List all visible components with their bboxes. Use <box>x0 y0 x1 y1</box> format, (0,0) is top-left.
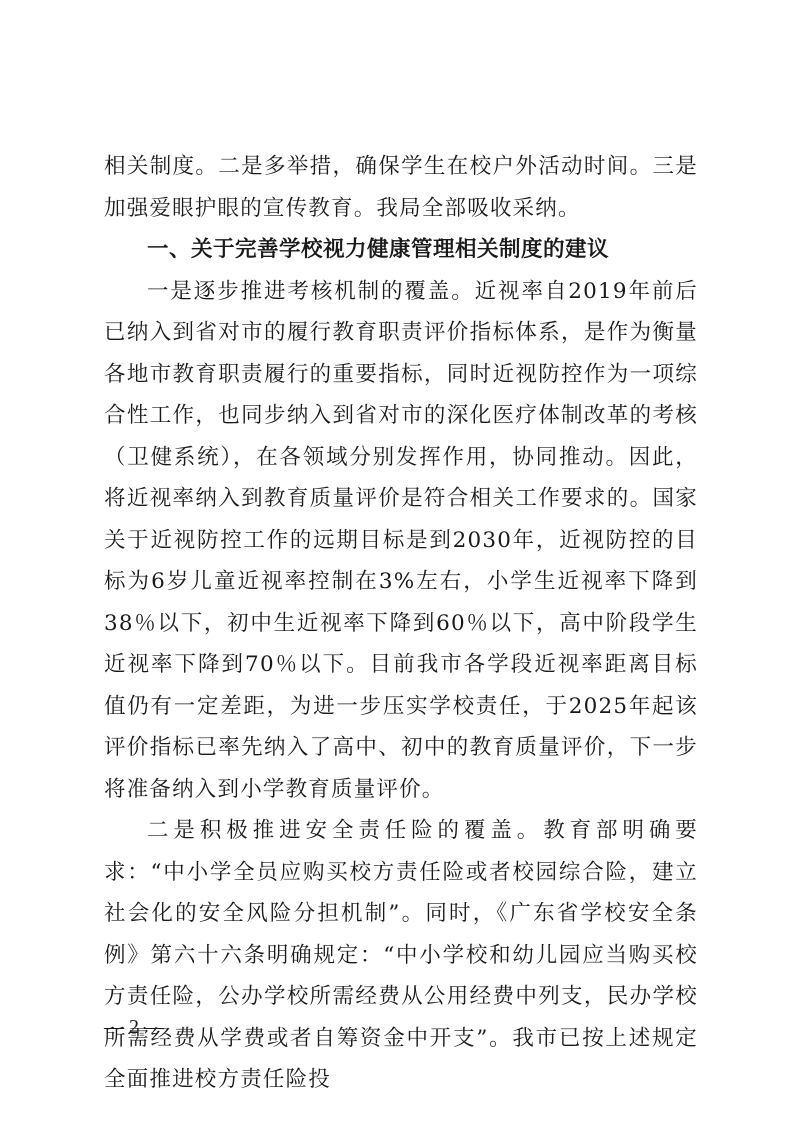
paragraph-lead: 一是逐步推进考核机制的覆盖。 <box>147 279 475 304</box>
paragraph-text: 教育部明确要求：“中小学全员应购买校方责任险或者校园综合险，建立社会化的安全风险… <box>104 818 698 1092</box>
paragraph-text: 相关制度。二是多举措，确保学生在校户外活动时间。三是加强爱眼护眼的宣传教育。我局… <box>104 154 698 221</box>
body-paragraph-2: 二是积极推进安全责任险的覆盖。教育部明确要求：“中小学全员应购买校方责任险或者校… <box>104 810 698 1101</box>
body-paragraph-1: 一是逐步推进考核机制的覆盖。近视率自2019年前后已纳入到省对市的履行教育职责评… <box>104 271 698 811</box>
paragraph-text: 近视率自2019年前后已纳入到省对市的履行教育职责评价指标体系，是作为衡量各地市… <box>104 279 698 802</box>
page-number: — 2 — <box>104 1016 164 1039</box>
continuation-paragraph: 相关制度。二是多举措，确保学生在校户外活动时间。三是加强爱眼护眼的宣传教育。我局… <box>104 146 698 229</box>
heading-text: 一、关于完善学校视力健康管理相关制度的建议 <box>147 237 609 262</box>
document-body: 相关制度。二是多举措，确保学生在校户外活动时间。三是加强爱眼护眼的宣传教育。我局… <box>104 146 698 1101</box>
paragraph-lead: 二是积极推进安全责任险的覆盖。 <box>147 818 543 843</box>
document-page: 相关制度。二是多举措，确保学生在校户外活动时间。三是加强爱眼护眼的宣传教育。我局… <box>0 0 800 1131</box>
section-heading: 一、关于完善学校视力健康管理相关制度的建议 <box>104 229 698 271</box>
